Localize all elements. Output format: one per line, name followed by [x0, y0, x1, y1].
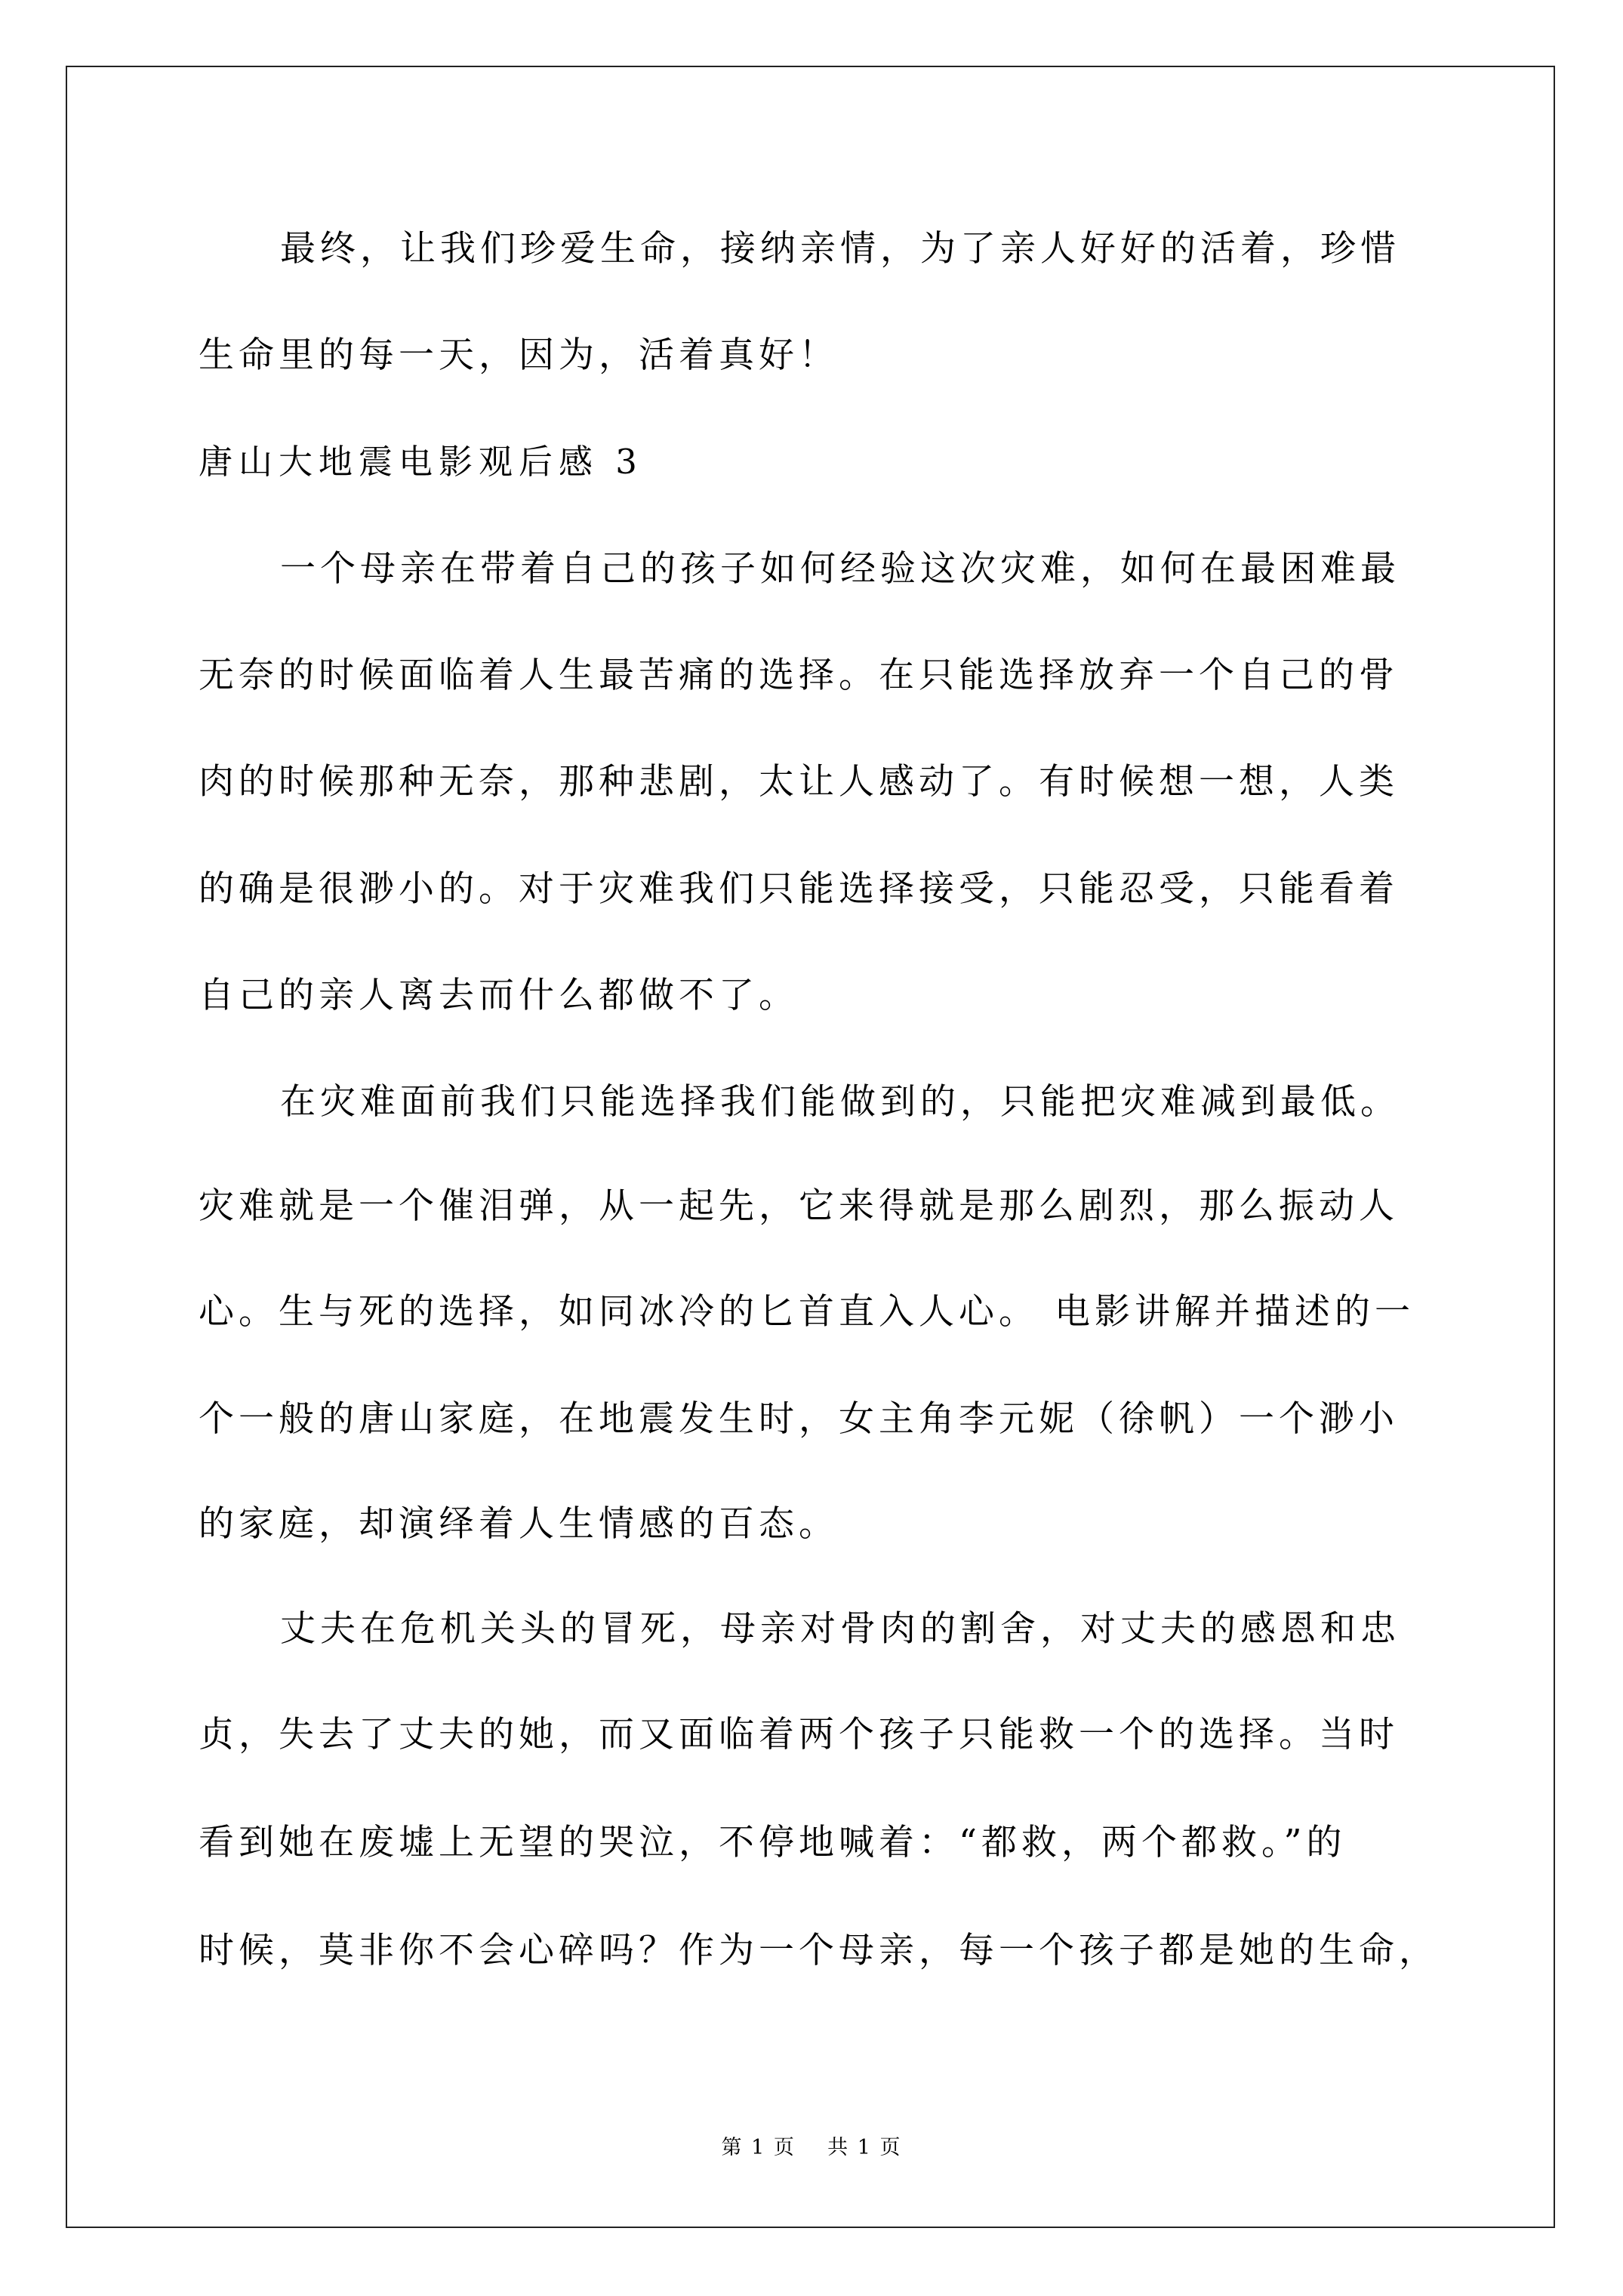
paragraph-line: 一个母亲在带着自己的孩子如何经验这次灾难，如何在最困难最: [280, 516, 1400, 622]
paragraph-line: 个一般的唐山家庭，在地震发生时，女主角李元妮（徐帆）一个渺小: [199, 1367, 1399, 1472]
paragraph-line: 心。生与死的选择，如同冰冷的匕首直入人心。 电影讲解并描述的一: [199, 1259, 1415, 1365]
paragraph-line: 丈夫在危机关头的冒死，母亲对骨肉的割舍，对丈夫的感恩和忠: [280, 1576, 1400, 1682]
paragraph-line: 生命里的每一天，因为，活着真好！: [199, 303, 839, 408]
section-title: 唐山大地震电影观后感 3: [199, 409, 643, 515]
paragraph-line: 看到她在废墟上无望的哭泣，不停地喊着：“都救，两个都救。”的: [199, 1790, 1347, 1896]
paragraph-line: 无奈的时候面临着人生最苦痛的选择。在只能选择放弃一个自己的骨: [199, 623, 1399, 729]
paragraph-line: 灾难就是一个催泪弹，从一起先，它来得就是那么剧烈，那么振动人: [199, 1154, 1399, 1259]
paragraph-line: 的确是很渺小的。对于灾难我们只能选择接受，只能忍受，只能看着: [199, 837, 1399, 942]
paragraph-line: 的家庭，却演绎着人生情感的百态。: [199, 1472, 839, 1577]
paragraph-line: 在灾难面前我们只能选择我们能做到的，只能把灾难减到最低。: [280, 1049, 1400, 1155]
paragraph-line: 最终，让我们珍爱生命，接纳亲情，为了亲人好好的活着，珍惜: [280, 196, 1400, 302]
paragraph-line: 自己的亲人离去而什么都做不了。: [199, 943, 799, 1049]
paragraph-line: 肉的时候那种无奈，那种悲剧，太让人感动了。有时候想一想，人类: [199, 729, 1399, 835]
paragraph-line: 时候，莫非你不会心碎吗？作为一个母亲，每一个孩子都是她的生命，: [199, 1898, 1439, 2004]
page-number-footer: 第 1 页 共 1 页: [0, 2131, 1623, 2160]
paragraph-line: 贞，失去了丈夫的她，而又面临着两个孩子只能救一个的选择。当时: [199, 1682, 1399, 1788]
